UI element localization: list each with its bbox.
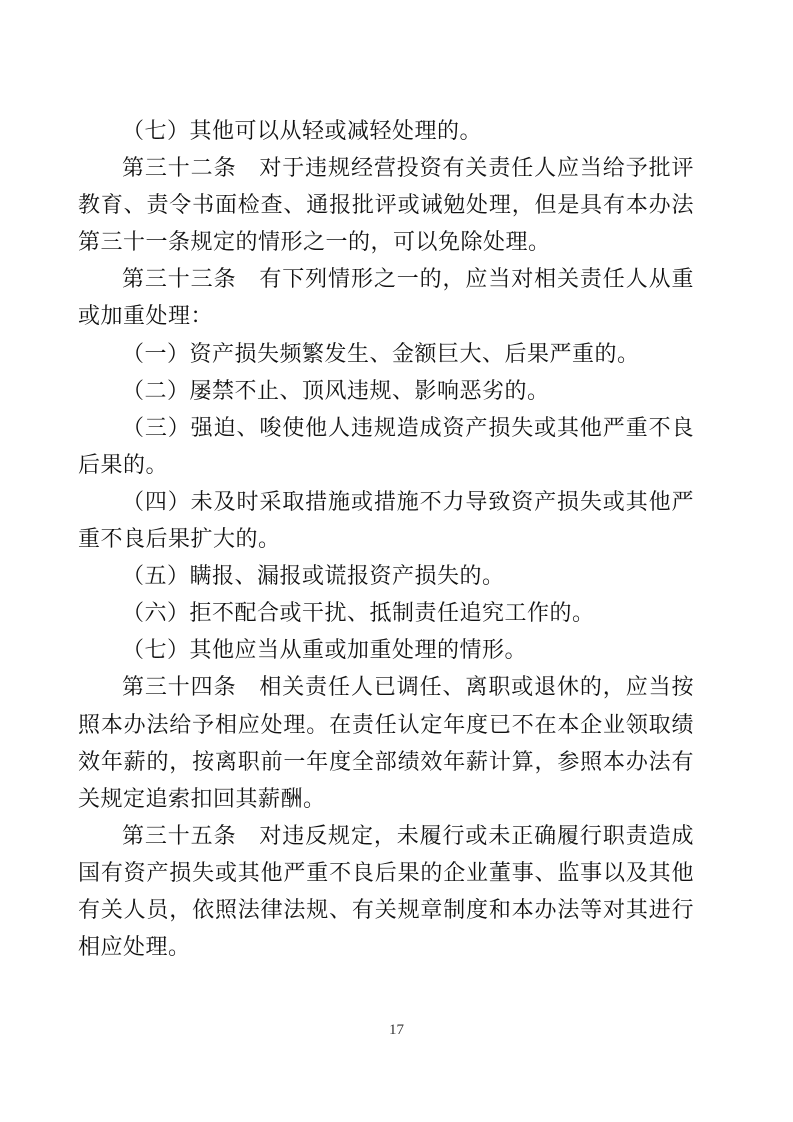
article-35: 第三十五条 对违反规定，未履行或未正确履行职责造成国有资产损失或其他严重不良后果… <box>78 817 694 965</box>
document-page: （七）其他可以从轻或减轻处理的。 第三十二条 对于违规经营投资有关责任人应当给予… <box>0 0 793 1122</box>
article-33: 第三十三条 有下列情形之一的，应当对相关责任人从重或加重处理： <box>78 260 694 334</box>
article-33-item-6: （六）拒不配合或干扰、抵制责任追究工作的。 <box>78 594 694 631</box>
document-body: （七）其他可以从轻或减轻处理的。 第三十二条 对于违规经营投资有关责任人应当给予… <box>78 112 694 965</box>
article-33-item-2: （二）屡禁不止、顶风违规、影响恶劣的。 <box>78 372 694 409</box>
article-33-item-7: （七）其他应当从重或加重处理的情形。 <box>78 631 694 668</box>
article-34: 第三十四条 相关责任人已调任、离职或退休的，应当按照本办法给予相应处理。在责任认… <box>78 668 694 816</box>
article-32: 第三十二条 对于违规经营投资有关责任人应当给予批评教育、责令书面检查、通报批评或… <box>78 149 694 260</box>
article-33-item-5: （五）瞒报、漏报或谎报资产损失的。 <box>78 557 694 594</box>
article-33-item-4: （四）未及时采取措施或措施不力导致资产损失或其他严重不良后果扩大的。 <box>78 483 694 557</box>
page-number: 17 <box>0 1022 793 1039</box>
article-33-item-1: （一）资产损失频繁发生、金额巨大、后果严重的。 <box>78 335 694 372</box>
article-33-item-3: （三）强迫、唆使他人违规造成资产损失或其他严重不良后果的。 <box>78 409 694 483</box>
list-item-7-lenient: （七）其他可以从轻或减轻处理的。 <box>78 112 694 149</box>
